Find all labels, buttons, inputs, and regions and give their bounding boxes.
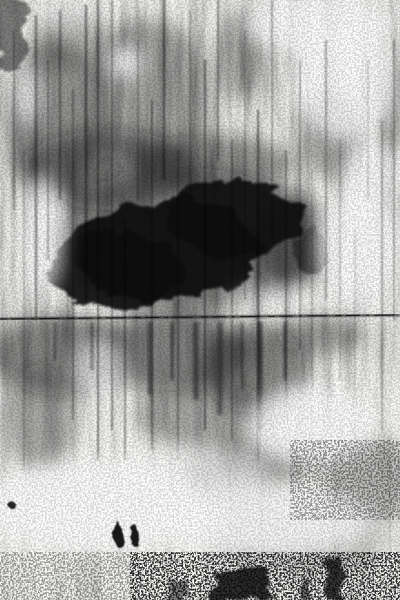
grunge-texture [0,0,400,600]
photo-frame [0,0,400,600]
speckle-layer [0,0,400,600]
